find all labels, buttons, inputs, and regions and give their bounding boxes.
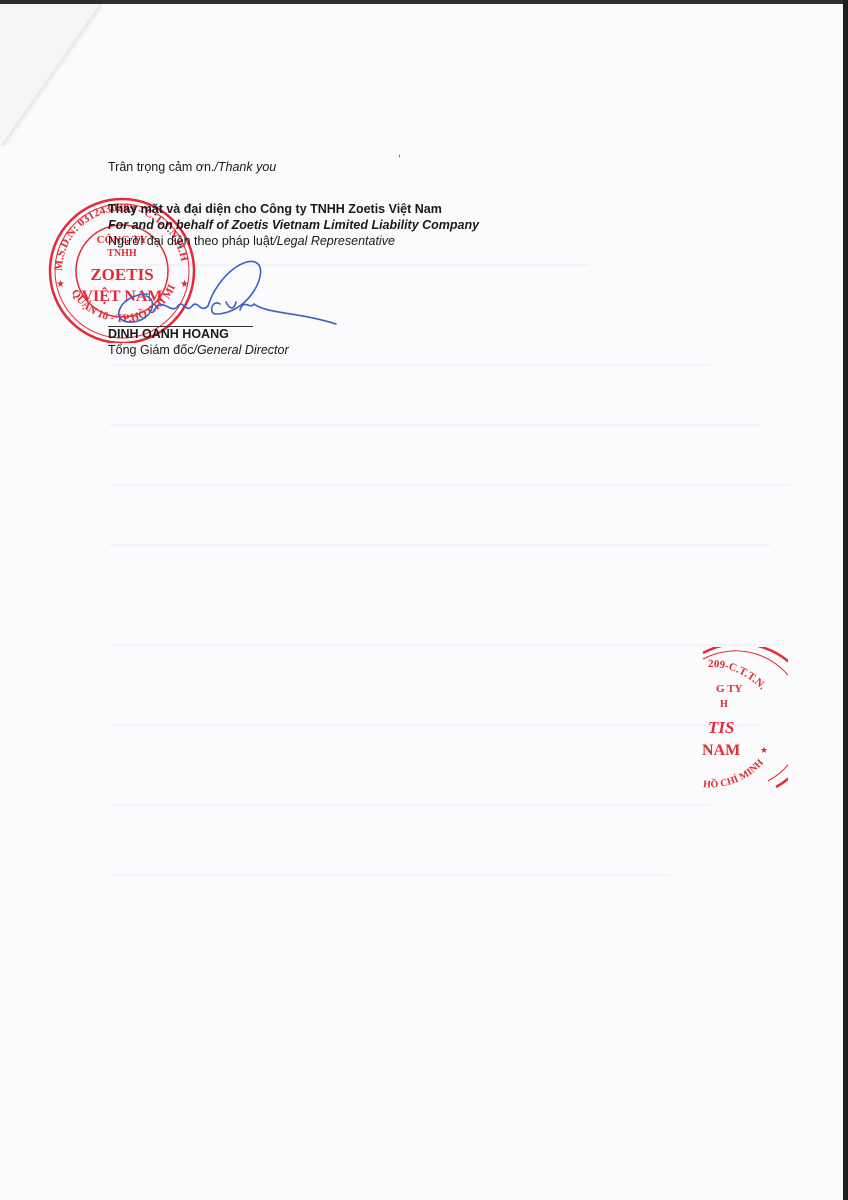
- bleed-through: [110, 874, 670, 876]
- signatory-title: Tổng Giám đốc/General Director: [108, 343, 289, 357]
- bleed-through: [110, 364, 710, 366]
- closing-line: Trân trọng cảm ơn./Thank you: [108, 160, 276, 174]
- closing-en: /Thank you: [214, 160, 276, 174]
- svg-text:HỒ CHÍ MINH: HỒ CHÍ MINH: [703, 757, 766, 790]
- signatory-title-vi: Tổng Giám đốc: [108, 343, 193, 357]
- bleed-through: [110, 644, 780, 646]
- bleed-through: [110, 804, 710, 806]
- stray-mark: ,: [398, 147, 401, 159]
- representative-line: Người đại diện theo pháp luật/Legal Repr…: [108, 234, 395, 248]
- scanned-page: Trân trọng cảm ơn./Thank you M.S.D.N: 03…: [0, 4, 843, 1200]
- bleed-through: [110, 724, 760, 726]
- svg-text:★: ★: [56, 279, 65, 290]
- partial-seal-stamp: 209-C.T.T.N. HỒ CHÍ MINH G TY H TIS NAM …: [698, 647, 788, 797]
- fold-shadow: [0, 4, 102, 146]
- svg-text:H: H: [720, 699, 728, 710]
- bleed-through: [110, 424, 760, 426]
- signatory-name: DINH OANH HOANG: [108, 327, 229, 341]
- svg-text:★: ★: [760, 745, 768, 755]
- svg-text:NAM: NAM: [702, 742, 740, 759]
- bleed-through: [110, 544, 770, 546]
- bleed-through: [110, 484, 790, 486]
- svg-text:TIS: TIS: [708, 718, 734, 737]
- representative-vi: Người đại diện theo pháp luật: [108, 234, 273, 248]
- svg-text:G TY: G TY: [716, 683, 742, 695]
- closing-vi: Trân trọng cảm ơn.: [108, 160, 214, 174]
- on-behalf-vi: Thay mặt và đại diện cho Công ty TNHH Zo…: [108, 202, 442, 216]
- on-behalf-en: For and on behalf of Zoetis Vietnam Limi…: [108, 218, 479, 232]
- signatory-title-en: /General Director: [193, 343, 288, 357]
- representative-en: /Legal Representative: [273, 234, 395, 248]
- scanner-edge: [843, 0, 848, 1200]
- handwritten-signature: [108, 254, 338, 329]
